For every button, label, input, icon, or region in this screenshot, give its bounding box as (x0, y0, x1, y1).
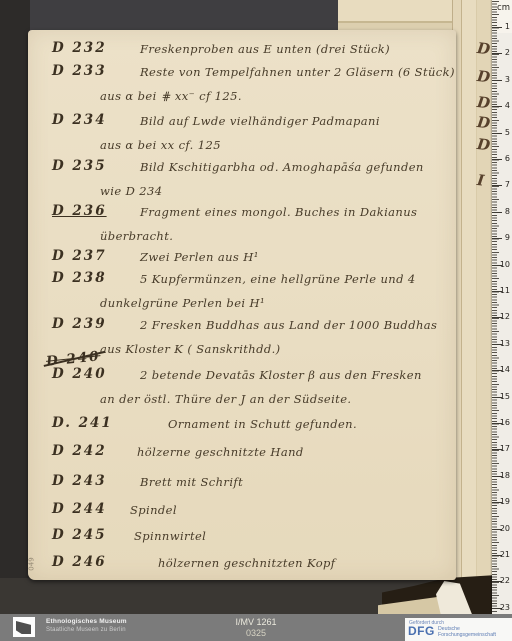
ruler-number: 20 (500, 525, 510, 533)
ledger-entry: D 2385 Kupfermünzen, eine hellgrüne Perl… (28, 270, 456, 294)
entry-id: D 244 (52, 501, 107, 517)
ruler-cm-tick (492, 212, 502, 213)
entry-line: wie D 234 (100, 184, 162, 198)
entry-line: Spinnwirtel (134, 529, 206, 543)
ruler-cm-tick (492, 159, 502, 160)
entry-line: Spindel (130, 503, 177, 517)
underlying-sheet-right-edge (452, 0, 494, 578)
entry-line: hölzernen geschnitzten Kopf (158, 556, 335, 570)
entry-id: D 236 (52, 203, 107, 219)
ledger-entry: D. 241Ornament in Schutt gefunden. (28, 415, 456, 439)
footer-bar: Ethnologisches Museum Staatliche Museen … (0, 614, 512, 641)
ledger-entry: D 246hölzernen geschnitzten Kopf (28, 554, 456, 578)
entry-line: Reste von Tempelfahnen unter 2 Gläsern (… (140, 65, 455, 79)
entry-id: D 245 (52, 527, 107, 543)
ruler-number: 17 (500, 445, 510, 453)
scan-background-left (0, 0, 30, 614)
dfg-name-line2: Forschungsgemeinschaft (438, 632, 496, 638)
ledger-entry: D 2402 betende Devatās Kloster β aus den… (28, 366, 456, 390)
ruler-number: 14 (500, 366, 510, 374)
manuscript-page: D 232Freskenproben aus E unten (drei Stü… (28, 30, 456, 580)
entry-id: D 243 (52, 473, 107, 489)
entry-line: hölzerne geschnitzte Hand (137, 445, 304, 459)
entry-line: dunkelgrüne Perlen bei H¹ (100, 296, 265, 310)
ruler-halfcm-ticks (492, 1, 499, 612)
entry-line: Fragment eines mongol. Buches in Dakianu… (140, 205, 417, 219)
dfg-logo: Gefördert durch DFG Deutsche Forschungsg… (405, 618, 512, 641)
ruler-number: 3 (505, 76, 510, 84)
entry-line: an der östl. Thüre der J an der Südseite… (100, 392, 351, 406)
ledger-entry: D 243Brett mit Schrift (28, 473, 456, 497)
ledger-entry: D 233Reste von Tempelfahnen unter 2 Gläs… (28, 63, 456, 87)
entry-line: 5 Kupfermünzen, eine hellgrüne Perle und… (140, 272, 416, 286)
entry-line: Ornament in Schutt gefunden. (168, 417, 357, 431)
entry-list: D 232Freskenproben aus E unten (drei Stü… (28, 30, 456, 580)
cm-ruler: cm 1234567891011121314151617181920212223 (492, 0, 512, 614)
ruler-number: 1 (505, 23, 510, 31)
ruler-cm-tick (492, 80, 502, 81)
ledger-entry: D 232Freskenproben aus E unten (drei Stü… (28, 40, 456, 64)
ruler-number: 19 (500, 498, 510, 506)
ruler-number: 21 (500, 551, 510, 559)
ledger-entry: D 245Spinnwirtel (28, 527, 456, 551)
ruler-number: 23 (500, 604, 510, 612)
ruler-cm-tick (492, 53, 502, 54)
entry-id: D 246 (52, 554, 107, 570)
ruler-cm-tick (492, 133, 502, 134)
margin-mark: 049 (28, 557, 36, 570)
entry-line: 2 Fresken Buddhas aus Land der 1000 Budd… (140, 318, 437, 332)
entry-id: D 234 (52, 112, 107, 128)
ruler-number: 15 (500, 393, 510, 401)
ruler-unit-label: cm (497, 3, 510, 13)
ledger-entry: D 2392 Fresken Buddhas aus Land der 1000… (28, 316, 456, 340)
entry-line: Brett mit Schrift (140, 475, 243, 489)
ruler-number: 10 (500, 261, 510, 269)
entry-line: Bild auf Lwde vielhändiger Padmapani (140, 114, 380, 128)
entry-id: D 233 (52, 63, 107, 79)
entry-id: D 232 (52, 40, 107, 56)
ledger-entry: D 234Bild auf Lwde vielhändiger Padmapan… (28, 112, 456, 136)
ruler-cm-tick (492, 27, 502, 28)
entry-line: 2 betende Devatās Kloster β aus den Fres… (140, 368, 422, 382)
ruler-cm-tick (492, 238, 502, 239)
scan-background-top (0, 0, 346, 34)
ruler-number: 12 (500, 313, 510, 321)
ruler-number: 2 (505, 49, 510, 57)
entry-id: D 237 (52, 248, 107, 264)
ruler-number: 11 (500, 287, 510, 295)
ruler-number: 7 (505, 181, 510, 189)
entry-line: Freskenproben aus E unten (drei Stück) (140, 42, 390, 56)
entry-line: überbracht. (100, 229, 173, 243)
entry-line: aus α bei xx cf. 125 (100, 138, 221, 152)
ledger-entry: D 236Fragment eines mongol. Buches in Da… (28, 203, 456, 227)
ruler-cm-tick (492, 106, 502, 107)
ruler-cm-tick (492, 185, 502, 186)
entry-line: aus α bei ⋕ xx⁻ cf 125. (100, 89, 242, 103)
entry-id: D 240 (52, 366, 107, 382)
ledger-entry: D 237Zwei Perlen aus H¹ (28, 248, 456, 272)
entry-id: D 242 (52, 443, 107, 459)
entry-id: D 239 (52, 316, 107, 332)
ruler-number: 6 (505, 155, 510, 163)
ruler-number: 9 (505, 234, 510, 242)
ruler-number: 13 (500, 340, 510, 348)
ledger-entry: D 244Spindel (28, 501, 456, 525)
entry-line: Zwei Perlen aus H¹ (140, 250, 259, 264)
entry-id: D. 241 (52, 415, 113, 431)
ruler-number: 4 (505, 102, 510, 110)
entry-id: D 235 (52, 158, 107, 174)
ruler-number: 22 (500, 577, 510, 585)
entry-id: D 238 (52, 270, 107, 286)
scanned-document-viewer: D 232Freskenproben aus E unten (drei Stü… (0, 0, 512, 641)
ruler-number: 16 (500, 419, 510, 427)
dfg-acronym: DFG (408, 624, 435, 638)
ledger-entry: D 242hölzerne geschnitzte Hand (28, 443, 456, 467)
ruler-number: 5 (505, 129, 510, 137)
ruler-number: 18 (500, 472, 510, 480)
entry-line: Bild Kschitigarbha od. Amoghapāśa gefund… (140, 160, 424, 174)
ledger-entry: D 235Bild Kschitigarbha od. Amoghapāśa g… (28, 158, 456, 182)
ruler-number: 8 (505, 208, 510, 216)
